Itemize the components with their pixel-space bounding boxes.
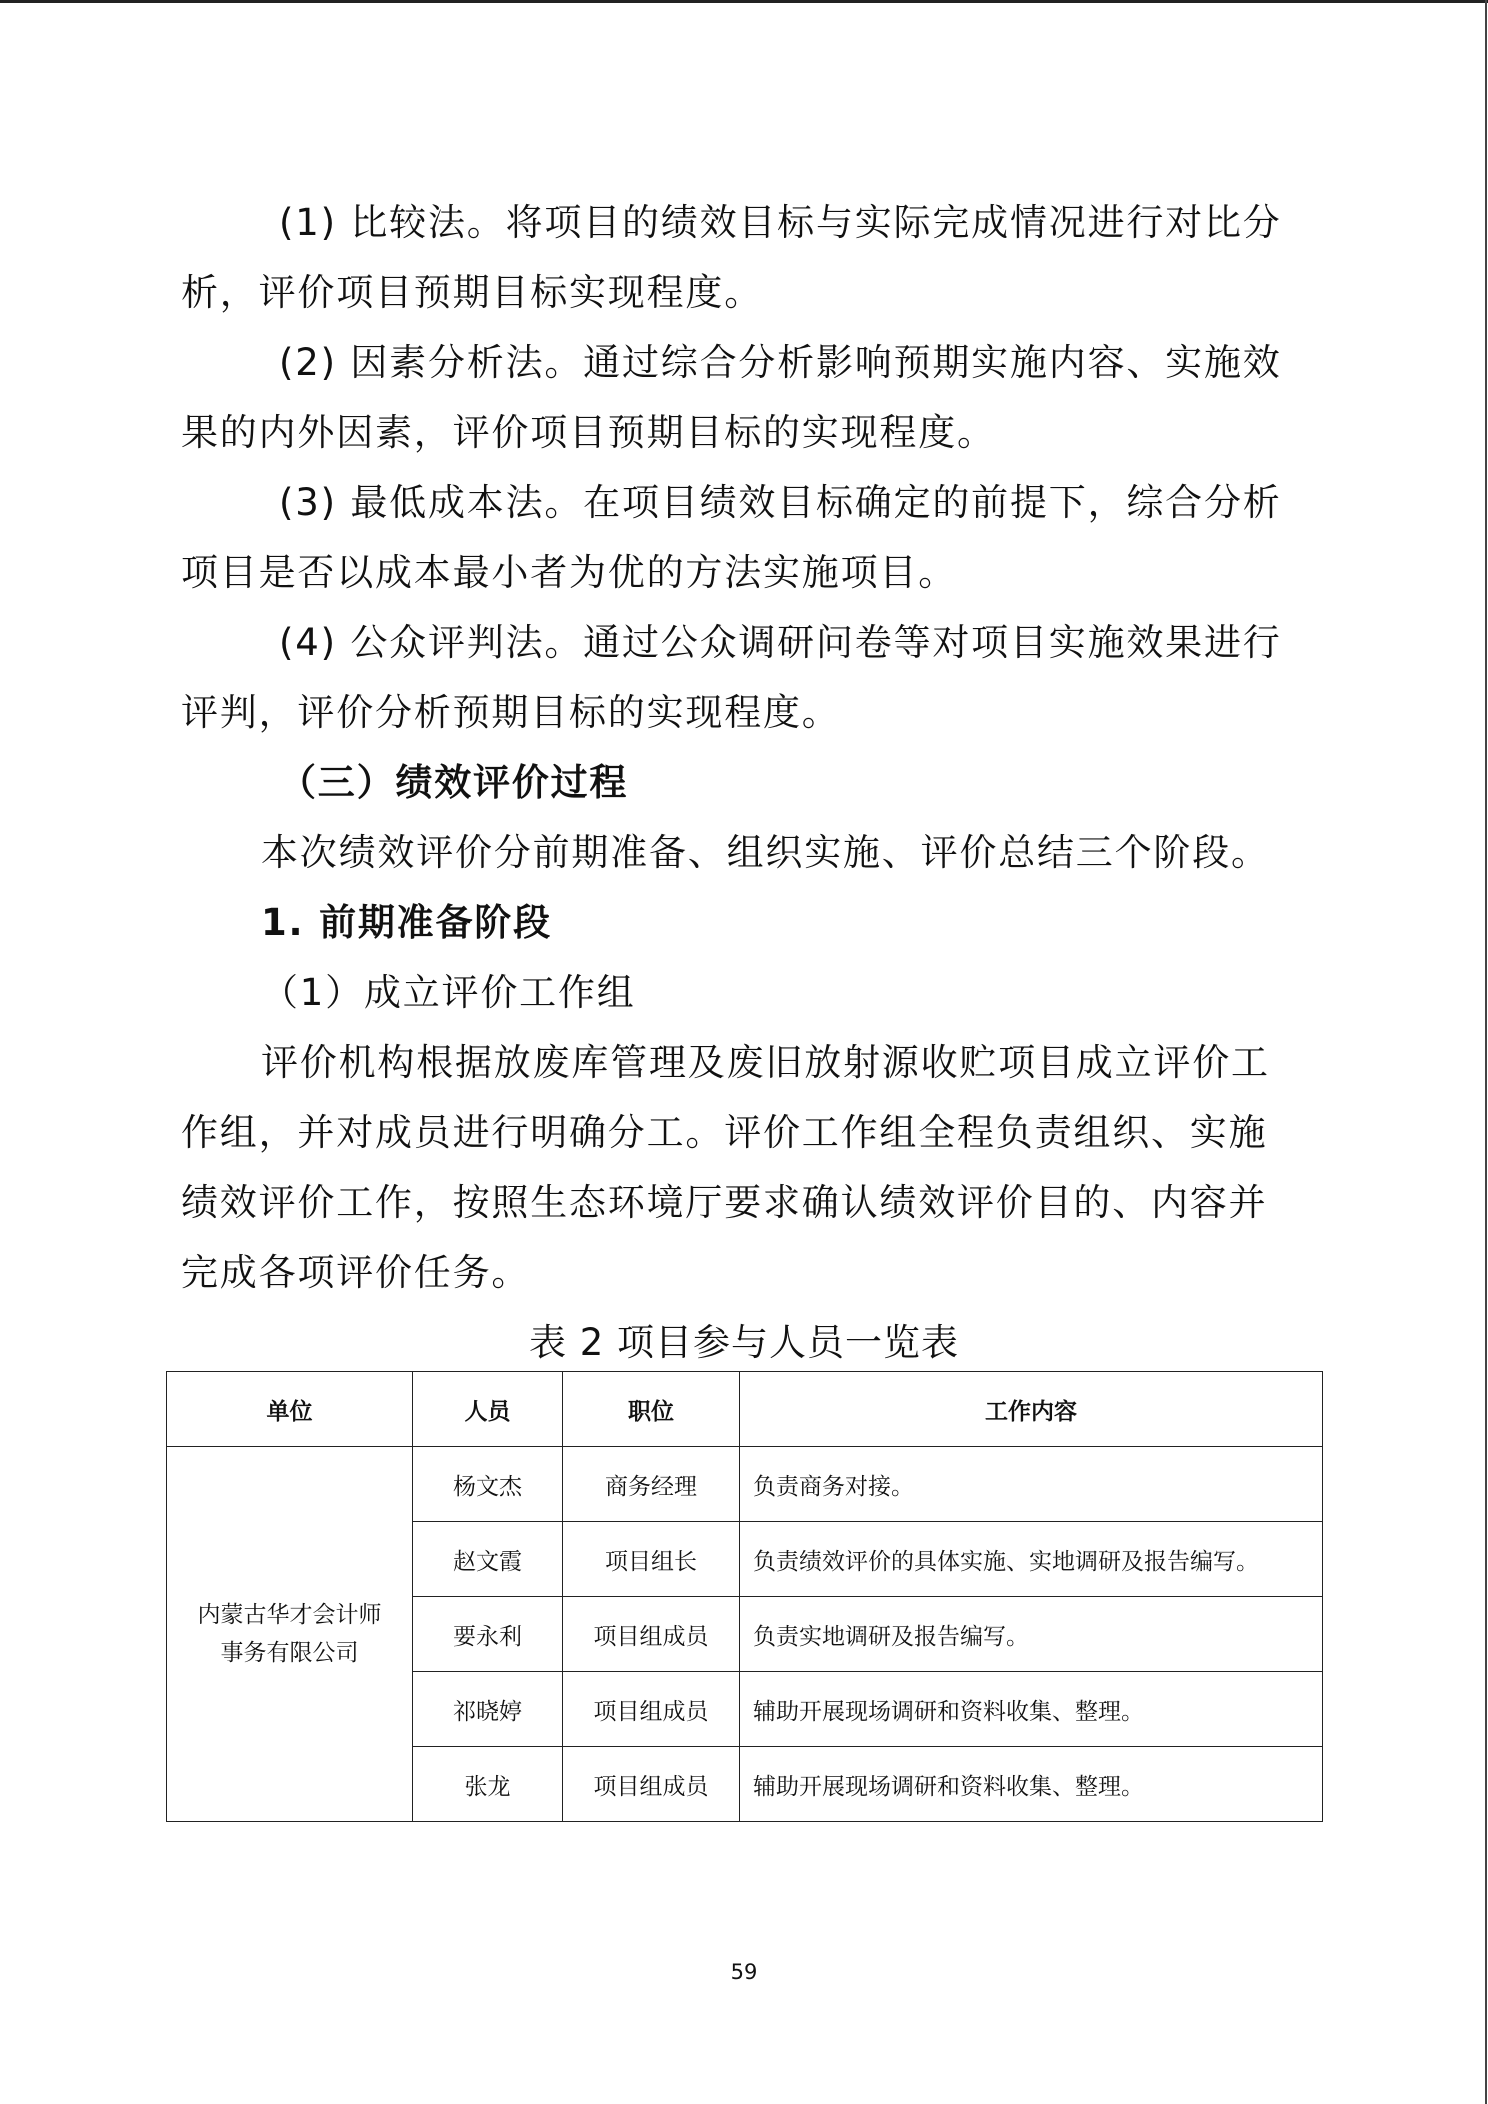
unit-cell: 内蒙古华才会计师 事务有限公司 [167,1447,413,1822]
header-duty: 工作内容 [740,1372,1323,1447]
paragraph-line: 析，评价项目预期目标实现程度。 [181,258,763,328]
duty-cell: 负责商务对接。 [740,1447,1323,1522]
person-cell: 张龙 [413,1747,563,1822]
person-cell: 祁晓婷 [413,1672,563,1747]
body-line: 绩效评价工作，按照生态环境厅要求确认绩效评价目的、内容并 [181,1168,1267,1238]
unit-line: 事务有限公司 [167,1634,412,1672]
person-cell: 赵文霞 [413,1522,563,1597]
duty-cell: 负责实地调研及报告编写。 [740,1597,1323,1672]
page-top-border [0,0,1488,3]
paragraph-line: 项目是否以成本最小者为优的方法实施项目。 [181,538,957,608]
paragraph-line: (4) 公众评判法。通过公众调研问卷等对项目实施效果进行 [279,608,1282,678]
subsection-heading: 1. 前期准备阶段 [261,888,552,958]
table-caption: 表 2 项目参与人员一览表 [0,1315,1488,1371]
position-cell: 项目组成员 [563,1672,740,1747]
position-cell: 项目组长 [563,1522,740,1597]
paragraph-line: (3) 最低成本法。在项目绩效目标确定的前提下，综合分析 [279,468,1282,538]
body-line: 作组，并对成员进行明确分工。评价工作组全程负责组织、实施 [181,1098,1267,1168]
person-cell: 杨文杰 [413,1447,563,1522]
unit-line: 内蒙古华才会计师 [167,1596,412,1634]
body-line: 评价机构根据放废库管理及废旧放射源收贮项目成立评价工 [261,1028,1270,1098]
header-unit: 单位 [167,1372,413,1447]
section-heading: （三）绩效评价过程 [279,748,628,818]
page-right-border [1485,0,1487,2104]
position-cell: 项目组成员 [563,1747,740,1822]
table-row: 内蒙古华才会计师 事务有限公司 杨文杰 商务经理 负责商务对接。 [167,1447,1323,1522]
staff-table: 单位 人员 职位 工作内容 内蒙古华才会计师 事务有限公司 杨文杰 商务经理 负… [166,1371,1323,1822]
paragraph-line: (1) 比较法。将项目的绩效目标与实际完成情况进行对比分 [279,188,1282,258]
position-cell: 项目组成员 [563,1597,740,1672]
page-number: 59 [0,1960,1488,1984]
person-cell: 要永利 [413,1597,563,1672]
duty-cell: 辅助开展现场调研和资料收集、整理。 [740,1747,1323,1822]
paragraph-line: 评判，评价分析预期目标的实现程度。 [181,678,841,748]
table-header-row: 单位 人员 职位 工作内容 [167,1372,1323,1447]
paragraph-line: 果的内外因素，评价项目预期目标的实现程度。 [181,398,996,468]
header-position: 职位 [563,1372,740,1447]
position-cell: 商务经理 [563,1447,740,1522]
duty-cell: 辅助开展现场调研和资料收集、整理。 [740,1672,1323,1747]
intro-paragraph: 本次绩效评价分前期准备、组织实施、评价总结三个阶段。 [261,818,1270,888]
duty-cell: 负责绩效评价的具体实施、实地调研及报告编写。 [740,1522,1323,1597]
header-person: 人员 [413,1372,563,1447]
item-heading: （1）成立评价工作组 [261,958,636,1028]
body-line: 完成各项评价任务。 [181,1238,530,1308]
paragraph-line: (2) 因素分析法。通过综合分析影响预期实施内容、实施效 [279,328,1282,398]
